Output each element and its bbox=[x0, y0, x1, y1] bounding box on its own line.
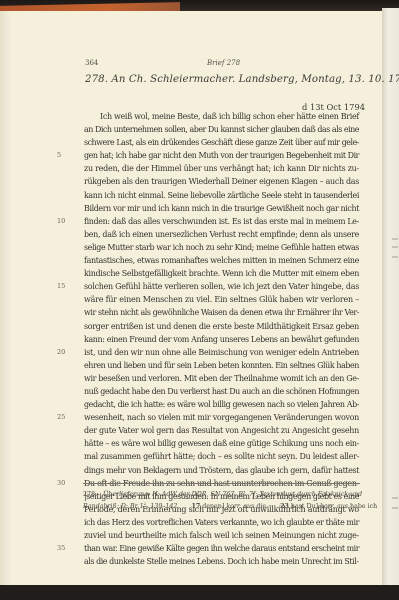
text-line: wir beseßen und verloren. Mit eben der T… bbox=[84, 372, 359, 385]
text-line: ist, und den wir nun ohne alle Beimischu… bbox=[84, 346, 359, 359]
line-text: Bildern vor mir und ich kann mich in die… bbox=[84, 204, 359, 213]
text-line: Bildern vor mir und ich kann mich in die… bbox=[84, 202, 359, 215]
text-line: kann ich nicht einmal. Seine liebevolle … bbox=[84, 189, 359, 202]
text-line: nuß gedacht habe den Du verlierst hast D… bbox=[84, 385, 359, 398]
line-text: kann ich nicht einmal. Seine liebevolle … bbox=[84, 191, 359, 200]
line-text: rükgeben als den traurigen Wiederhall De… bbox=[84, 177, 359, 186]
note-line-ref: 17 bbox=[191, 503, 200, 510]
line-text: der gute Vater wol gern das Resultat von… bbox=[84, 426, 359, 435]
text-line: kindische Selbstgefälligkeit brachte. We… bbox=[84, 267, 359, 280]
line-text: finden: daß das alles verschwunden ist. … bbox=[84, 217, 359, 226]
text-line: mal zusammen geführt hätte; doch – es so… bbox=[84, 450, 359, 463]
line-text: schwere Last, als ein drükendes Geschäft… bbox=[84, 138, 359, 147]
line-text: solchen Gefühl hätte verlieren sollen, w… bbox=[84, 282, 359, 291]
text-line: sorger entrißen ist und denen die erste … bbox=[84, 320, 359, 333]
adjacent-page-mark bbox=[392, 238, 398, 240]
text-line: selige Mutter starb war ich noch zu sehr… bbox=[84, 241, 359, 254]
footnote-text: , 139–142 bbox=[146, 503, 177, 510]
letter-title: 278. An Ch. Schleiermacher. Landsberg, M… bbox=[85, 74, 385, 85]
line-text: wir stehn nicht als gewöhnliche Waisen d… bbox=[84, 308, 359, 317]
line-text: zu reden, die der Himmel über uns verhän… bbox=[84, 164, 359, 173]
note-lemma: denen] bbox=[202, 503, 224, 510]
line-number: 30 bbox=[57, 477, 71, 490]
note-correction: korr. aus bbox=[226, 503, 254, 510]
adjacent-page-mark bbox=[392, 256, 398, 258]
note-original: habe ich bbox=[350, 503, 377, 510]
footnote-label: Überlieferung: bbox=[103, 491, 150, 498]
text-line: an Dich unternehmen sollen, aber Du kann… bbox=[84, 123, 359, 136]
line-number: 15 bbox=[57, 280, 71, 293]
adjacent-page-mark bbox=[392, 507, 398, 509]
text-line: dings mehr von Beklagern und Tröstern, d… bbox=[84, 464, 359, 477]
line-text: wäre für einen Menschen zu viel. Ein sel… bbox=[84, 295, 359, 304]
footnote-text: Randabriß; D: Br 1 bbox=[83, 503, 144, 510]
line-text: wir beseßen und verloren. Mit eben der T… bbox=[84, 374, 359, 383]
line-text: ich das Herz des vortreflichen Vaters ve… bbox=[84, 518, 359, 527]
apparatus-footnote: 278. Überlieferung: H: AdW der DDR, SN 7… bbox=[83, 490, 361, 511]
line-number: 5 bbox=[57, 149, 71, 162]
footnote-line-2: Randabriß; D: Br 12, 139–142 17 denen] k… bbox=[83, 499, 361, 511]
text-line: wesenheit, nach so vielen mit mir vorgeg… bbox=[84, 411, 359, 424]
text-line: wäre für einen Menschen zu viel. Ein sel… bbox=[84, 293, 359, 306]
page-number: 364 bbox=[85, 59, 98, 67]
text-line: finden: daß das alles verschwunden ist. … bbox=[84, 215, 359, 228]
text-line: gedacht, die ich hatte: es wäre wol bill… bbox=[84, 398, 359, 411]
text-line: hätte – es wäre wol billig gewesen daß e… bbox=[84, 437, 359, 450]
text-line: wir stehn nicht als gewöhnliche Waisen d… bbox=[84, 306, 359, 319]
line-text: zuviel und beurtheilte mich falsch weil … bbox=[84, 531, 359, 540]
line-number: 20 bbox=[57, 346, 71, 359]
line-text: sorger entrißen ist und denen die erste … bbox=[84, 322, 359, 331]
text-line: der gute Vater wol gern das Resultat von… bbox=[84, 424, 359, 437]
text-line: kann: einen Freund der vom Anfang unsere… bbox=[84, 333, 359, 346]
line-number: 10 bbox=[57, 215, 71, 228]
text-line: zuviel und beurtheilte mich falsch weil … bbox=[84, 529, 359, 542]
text-line: rükgeben als den traurigen Wiederhall De… bbox=[84, 175, 359, 188]
text-line: Ich weiß wol, meine Beste, daß ich billi… bbox=[84, 110, 359, 123]
running-title: Brief 278 bbox=[207, 59, 240, 67]
line-text: als die dunkelste Stelle meines Lebens. … bbox=[84, 557, 359, 566]
running-head: 364 Brief 278 bbox=[85, 59, 360, 69]
line-text: gedacht, die ich hatte: es wäre wol bill… bbox=[84, 400, 359, 409]
line-text: ist, und den wir nun ohne alle Beimischu… bbox=[84, 348, 359, 357]
scan-background-bottom bbox=[0, 585, 399, 600]
footnote-line-1: 278. Überlieferung: H: AdW der DDR, SN 7… bbox=[83, 490, 361, 499]
line-text: dings mehr von Beklagern und Tröstern, d… bbox=[84, 466, 359, 475]
adjacent-page-edge bbox=[382, 8, 399, 586]
line-text: than war. Eine gewiße Kälte gegen ihn we… bbox=[84, 544, 359, 553]
line-text: gen hat; ich habe gar nicht den Muth von… bbox=[84, 151, 359, 160]
note-line-ref: 23 bbox=[280, 503, 289, 510]
line-number: 25 bbox=[57, 411, 71, 424]
footnote-divider bbox=[83, 483, 360, 484]
adjacent-page-mark bbox=[392, 497, 398, 499]
text-line: ich das Herz des vortreflichen Vaters ve… bbox=[84, 516, 359, 529]
line-text: an Dich unternehmen sollen, aber Du kann… bbox=[84, 125, 359, 134]
adjacent-page-mark bbox=[392, 246, 398, 248]
line-text: nuß gedacht habe den Du verlierst hast D… bbox=[84, 387, 359, 396]
line-text: fantastisches, etwas romanhaftes welches… bbox=[84, 256, 359, 265]
note-correction: korr. aus bbox=[320, 503, 348, 510]
line-text: hätte – es wäre wol billig gewesen daß e… bbox=[84, 439, 359, 448]
text-line: zu reden, die der Himmel über uns verhän… bbox=[84, 162, 359, 175]
line-text: ehren und lieben und für sein Leben bete… bbox=[84, 361, 359, 370]
text-line: solchen Gefühl hätte verlieren sollen, w… bbox=[84, 280, 359, 293]
text-line: ben, daß ich einen unersezlichen Verlust… bbox=[84, 228, 359, 241]
line-text: Ich weiß wol, meine Beste, daß ich billi… bbox=[100, 112, 359, 121]
footnote-number: 278. bbox=[83, 491, 97, 498]
line-text: wesenheit, nach so vielen mit mir vorgeg… bbox=[84, 413, 359, 422]
line-text: kindische Selbstgefälligkeit brachte. We… bbox=[84, 269, 359, 278]
line-text: mal zusammen geführt hätte; doch – es so… bbox=[84, 452, 359, 461]
note-lemma: hast Du] bbox=[291, 503, 318, 510]
text-line: fantastisches, etwas romanhaftes welches… bbox=[84, 254, 359, 267]
text-line: than war. Eine gewiße Kälte gegen ihn we… bbox=[84, 542, 359, 555]
text-line: schwere Last, als ein drükendes Geschäft… bbox=[84, 136, 359, 149]
footnote-text: H: AdW der DDR, SN 767, Bl. 7f; Textverl… bbox=[152, 491, 362, 498]
text-line: als die dunkelste Stelle meines Lebens. … bbox=[84, 555, 359, 568]
line-text: selige Mutter starb war ich noch zu sehr… bbox=[84, 243, 359, 252]
text-line: gen hat; ich habe gar nicht den Muth von… bbox=[84, 149, 359, 162]
text-line: ehren und lieben und für sein Leben bete… bbox=[84, 359, 359, 372]
line-number: 35 bbox=[57, 542, 71, 555]
line-text: kann: einen Freund der vom Anfang unsere… bbox=[84, 335, 359, 344]
line-text: ben, daß ich einen unersezlichen Verlust… bbox=[84, 230, 359, 239]
page-stack-edge bbox=[0, 11, 12, 585]
note-original: die bbox=[256, 503, 266, 510]
